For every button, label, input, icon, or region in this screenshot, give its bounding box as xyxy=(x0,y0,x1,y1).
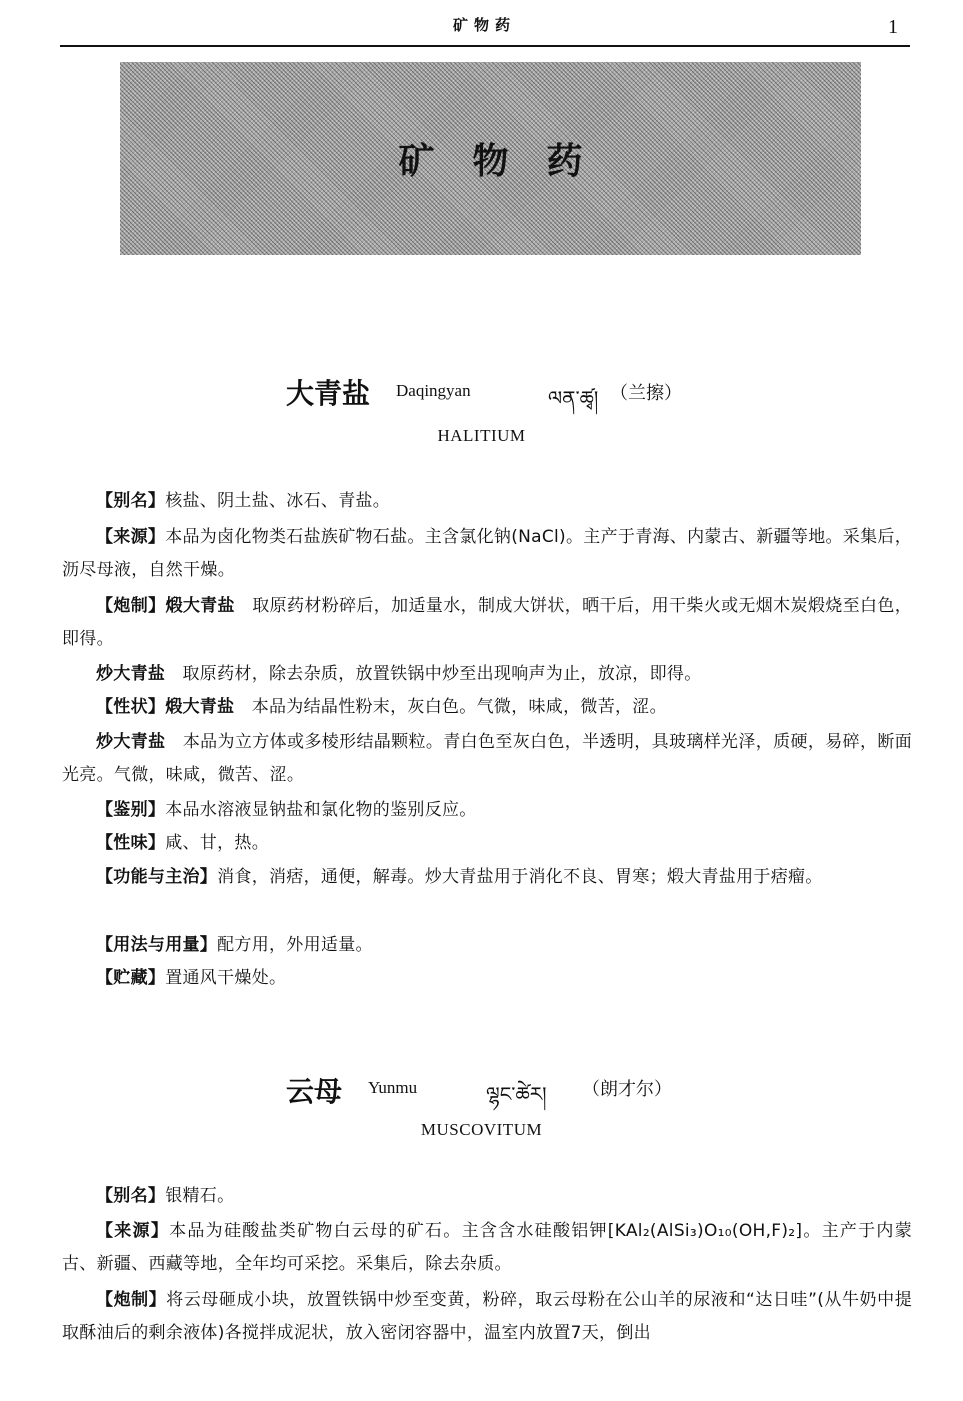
section-text: 咸、甘，热。 xyxy=(165,833,269,853)
paragraph-source: 【来源】本品为硅酸盐类矿物白云母的矿石。主含含水硅酸铝钾[KAl₂(AlSi₃)… xyxy=(62,1215,912,1281)
entry-tibetan-transliteration: （兰擦） xyxy=(610,379,682,405)
paragraph-alias: 【别名】核盐、阴土盐、冰石、青盐。 xyxy=(62,485,912,518)
processing-method: 炒大青盐 xyxy=(96,664,165,684)
entry-name-cn: 云母 xyxy=(286,1070,342,1110)
paragraph-characteristics-2: 炒大青盐 本品为立方体或多棱形结晶颗粒。青白色至灰白色，半透明，具玻璃样光泽，质… xyxy=(62,726,912,792)
section-label: 【功能与主治】 xyxy=(96,867,217,887)
section-label: 【贮藏】 xyxy=(96,968,165,988)
paragraph-storage: 【贮藏】置通风干燥处。 xyxy=(62,962,912,995)
section-text: 本品为卤化物类石盐族矿物石盐。主含氯化钠(NaCl)。主产于青海、内蒙古、新疆等… xyxy=(62,527,912,580)
entry-heading: 大青盐 Daqingyan ལན་ཚྭ། （兰擦） xyxy=(0,372,963,412)
section-label: 【炮制】 xyxy=(96,1290,166,1310)
processing-method: 煅大青盐 xyxy=(165,697,234,717)
entry-name-cn: 大青盐 xyxy=(286,372,370,412)
paragraph-processing: 【炮制】煅大青盐 取原药材粉碎后，加适量水，制成大饼状，晒干后，用干柴火或无烟木… xyxy=(62,590,912,656)
paragraph-processing: 【炮制】将云母砸成小块，放置铁锅中炒至变黄，粉碎，取云母粉在公山羊的尿液和“达日… xyxy=(62,1284,912,1350)
entry-tibetan-transliteration: （朗才尔） xyxy=(582,1075,672,1101)
paragraph-identification: 【鉴别】本品水溶液显钠盐和氯化物的鉴别反应。 xyxy=(62,794,912,827)
header-rule xyxy=(60,45,910,47)
chapter-title: 矿物药 xyxy=(398,133,620,184)
entry-pinyin: Yunmu xyxy=(368,1078,417,1098)
section-text: 本品水溶液显钠盐和氯化物的鉴别反应。 xyxy=(165,800,476,820)
paragraph-alias: 【别名】银精石。 xyxy=(62,1180,912,1213)
section-text: 配方用，外用适量。 xyxy=(217,935,373,955)
processing-method: 炒大青盐 xyxy=(96,732,165,752)
section-text: 核盐、阴土盐、冰石、青盐。 xyxy=(165,491,390,511)
paragraph-nature-flavor: 【性味】咸、甘，热。 xyxy=(62,827,912,860)
page-number: 1 xyxy=(888,16,898,39)
section-label: 【来源】 xyxy=(96,1221,169,1241)
paragraph-usage-dosage: 【用法与用量】配方用，外用适量。 xyxy=(62,929,912,962)
entry-latin-name: MUSCOVITUM xyxy=(0,1120,963,1140)
entry-latin-name: HALITIUM xyxy=(0,426,963,446)
section-label: 【别名】 xyxy=(96,491,165,511)
section-label: 【鉴别】 xyxy=(96,800,165,820)
section-label: 【别名】 xyxy=(96,1186,165,1206)
section-label: 【性状】 xyxy=(96,697,165,717)
running-title: 矿物药 xyxy=(453,14,516,35)
section-label: 【用法与用量】 xyxy=(96,935,217,955)
running-header: 矿物药 1 xyxy=(0,0,963,48)
paragraph-source: 【来源】本品为卤化物类石盐族矿物石盐。主含氯化钠(NaCl)。主产于青海、内蒙古… xyxy=(62,521,912,587)
paragraph-functions: 【功能与主治】消食，消痞，通便，解毒。炒大青盐用于消化不良、胃寒；煅大青盐用于痞… xyxy=(62,861,912,894)
section-text: 消食，消痞，通便，解毒。炒大青盐用于消化不良、胃寒；煅大青盐用于痞瘤。 xyxy=(217,867,823,887)
processing-method: 煅大青盐 xyxy=(165,596,234,616)
section-text: 本品为立方体或多棱形结晶颗粒。青白色至灰白色，半透明，具玻璃样光泽，质硬，易碎，… xyxy=(62,732,912,785)
section-label: 【来源】 xyxy=(96,527,165,547)
section-text: 本品为结晶性粉末，灰白色。气微，味咸，微苦，涩。 xyxy=(234,697,667,717)
section-text: 本品为硅酸盐类矿物白云母的矿石。主含含水硅酸铝钾[KAl₂(AlSi₃)O₁₀(… xyxy=(62,1221,912,1274)
chapter-banner: 矿物药 xyxy=(120,62,861,255)
section-text: 置通风干燥处。 xyxy=(165,968,286,988)
section-label: 【炮制】 xyxy=(96,596,165,616)
paragraph-characteristics: 【性状】煅大青盐 本品为结晶性粉末，灰白色。气微，味咸，微苦，涩。 xyxy=(62,691,912,724)
entry-heading: 云母 Yunmu ལྷང་ཚེར། （朗才尔） xyxy=(0,1070,963,1110)
paragraph-processing-2: 炒大青盐 取原药材，除去杂质，放置铁锅中炒至出现响声为止，放凉，即得。 xyxy=(62,658,912,691)
section-text: 将云母砸成小块，放置铁锅中炒至变黄，粉碎，取云母粉在公山羊的尿液和“达日哇”(从… xyxy=(62,1290,912,1343)
section-label: 【性味】 xyxy=(96,833,165,853)
entry-tibetan: ལན་ཚྭ། xyxy=(548,376,598,432)
section-text: 银精石。 xyxy=(165,1186,234,1206)
entry-pinyin: Daqingyan xyxy=(396,381,471,401)
section-text: 取原药材，除去杂质，放置铁锅中炒至出现响声为止，放凉，即得。 xyxy=(165,664,701,684)
